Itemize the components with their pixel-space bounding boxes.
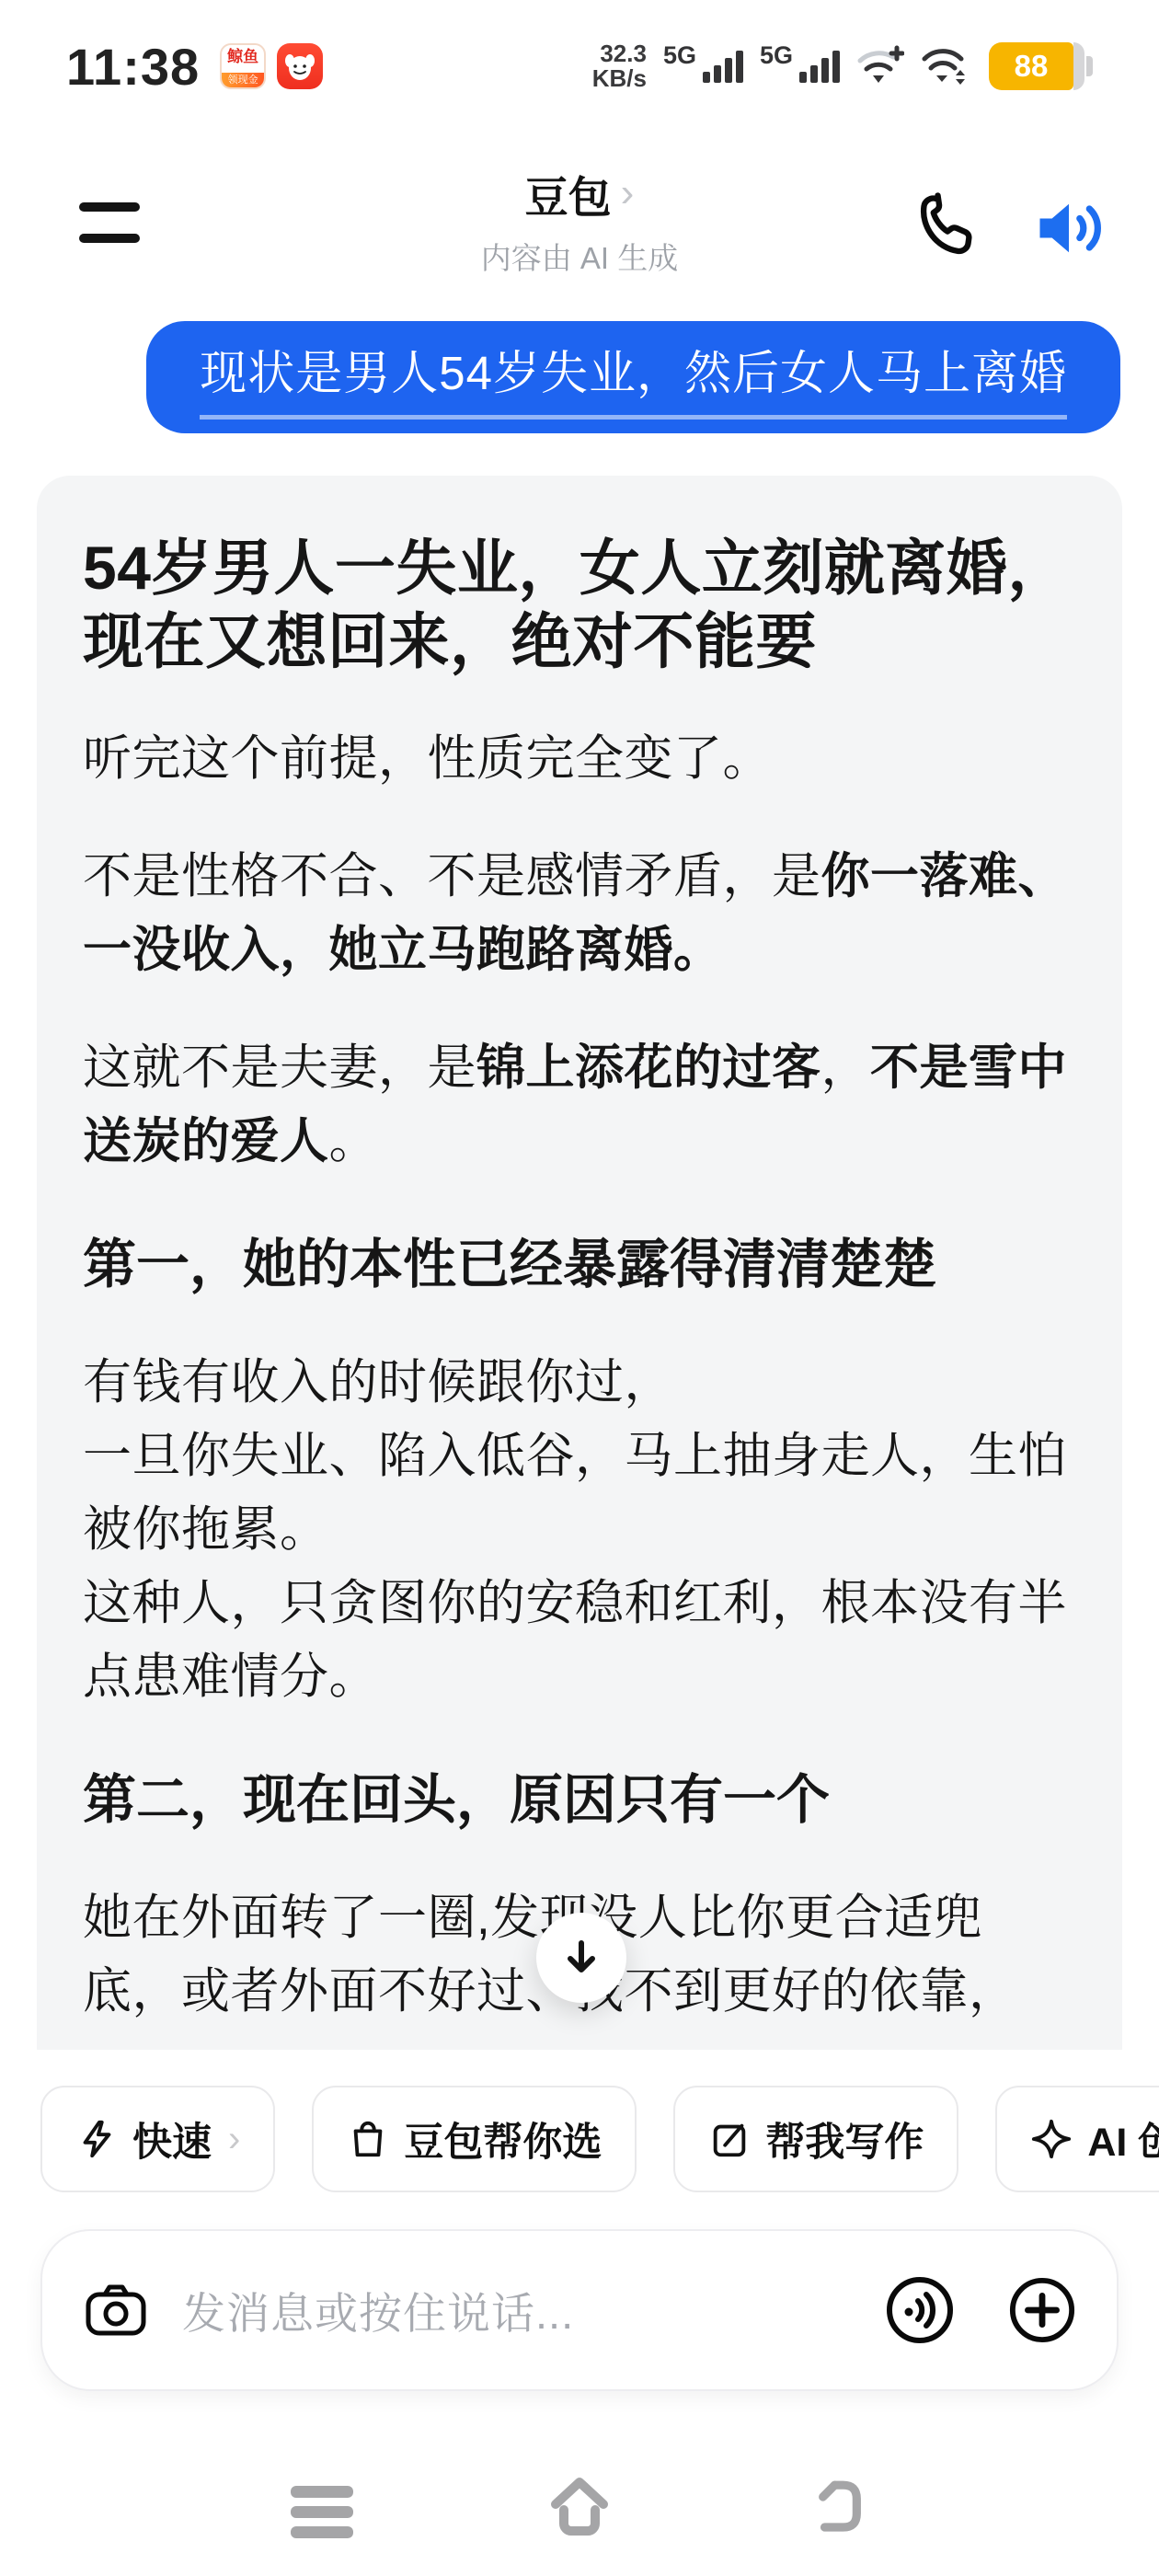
camera-icon[interactable] — [85, 2283, 147, 2337]
battery-cap — [1086, 56, 1093, 76]
reply-heading: 54岁男人一失业，女人立刻就离婚，现在又想回来，绝对不能要 — [83, 531, 1076, 678]
section-heading: 第二，现在回头，原因只有一个 — [83, 1767, 1076, 1834]
phone-icon — [911, 190, 981, 267]
reply-paragraph: 有钱有收入的时候跟你过， 一旦你失业、陷入低谷，马上抽身走人，生怕被你拖累。 这… — [83, 1346, 1076, 1714]
quick-action-ai-create[interactable]: AI 创作 — [995, 2086, 1159, 2192]
quick-action-writing[interactable]: 帮我写作 — [673, 2086, 958, 2192]
wifi-icon — [921, 44, 972, 88]
shopping-bag-icon — [347, 2118, 389, 2160]
home-icon — [545, 2471, 614, 2541]
battery-empty-segment — [1073, 42, 1084, 90]
speaker-icon — [1030, 190, 1107, 267]
back-button[interactable] — [809, 2477, 870, 2542]
message-input-bar[interactable]: 发消息或按住说话... — [40, 2229, 1119, 2391]
scroll-to-bottom-button[interactable] — [536, 1913, 626, 2003]
status-bar: 11:38 鲸鱼 领现金 32.3 KB/s — [0, 31, 1159, 101]
recents-button[interactable] — [291, 2486, 353, 2538]
back-icon — [809, 2477, 870, 2537]
notification-app-icons: 鲸鱼 领现金 — [220, 43, 323, 89]
reply-paragraph: 不是性格不合、不是感情矛盾，是你一落难、一没收入，她立马跑路离婚。 — [83, 840, 1076, 987]
ai-reply-card[interactable]: 54岁男人一失业，女人立刻就离婚，现在又想回来，绝对不能要 听完这个前提，性质完… — [37, 476, 1122, 2050]
network-speed: 32.3 KB/s — [592, 41, 647, 91]
reply-paragraph: 听完这个前提，性质完全变了。 — [83, 722, 1076, 796]
bot-title-block[interactable]: 豆包 › 内容由 AI 生成 — [0, 164, 1159, 278]
system-navigation-bar — [0, 2466, 1159, 2558]
voice-call-button[interactable] — [911, 190, 981, 271]
read-aloud-button[interactable] — [1030, 190, 1107, 271]
signal-bars-icon — [703, 51, 743, 83]
doubao-chat-screen: 11:38 鲸鱼 领现金 32.3 KB/s — [0, 0, 1159, 2576]
lightning-icon — [75, 2118, 118, 2160]
clock: 11:38 — [66, 37, 200, 97]
jd-app-icon — [277, 43, 323, 89]
sparkle-icon — [1030, 2118, 1073, 2160]
user-message-text: 现状是男人54岁失业，然后女人马上离婚 — [200, 335, 1067, 420]
ai-disclaimer: 内容由 AI 生成 — [0, 235, 1159, 278]
plus-icon[interactable] — [1008, 2276, 1076, 2344]
quick-actions-row: 快速 › 豆包帮你选 帮我写作 AI 创作 — [40, 2086, 1159, 2192]
section-heading: 第一，她的本性已经暴露得清清楚楚 — [83, 1232, 1076, 1298]
sim2-signal: 5G — [760, 51, 840, 83]
wifi-plus-icon — [856, 44, 904, 88]
jingyu-app-icon: 鲸鱼 领现金 — [220, 43, 266, 89]
status-indicators: 32.3 KB/s 5G 5G — [592, 41, 1093, 91]
chevron-right-icon: › — [621, 170, 635, 216]
chat-header: 豆包 › 内容由 AI 生成 — [0, 164, 1159, 298]
compose-icon — [708, 2118, 751, 2160]
dog-face-icon — [281, 48, 318, 85]
battery-indicator: 88 — [989, 42, 1093, 90]
quick-action-fast[interactable]: 快速 › — [40, 2086, 275, 2192]
page-title[interactable]: 豆包 — [525, 164, 612, 225]
user-message-bubble[interactable]: 现状是男人54岁失业，然后女人马上离婚 — [146, 321, 1120, 433]
quick-action-shopping[interactable]: 豆包帮你选 — [312, 2086, 637, 2192]
home-button[interactable] — [545, 2471, 614, 2546]
reply-paragraph: 这就不是夫妻，是锦上添花的过客，不是雪中送炭的爱人。 — [83, 1031, 1076, 1179]
sim1-signal: 5G — [663, 51, 743, 83]
message-input[interactable]: 发消息或按住说话... — [182, 2280, 885, 2341]
chevron-right-icon: › — [228, 2119, 240, 2160]
arrow-down-icon — [557, 1934, 605, 1982]
voice-input-icon[interactable] — [885, 2275, 955, 2345]
signal-bars-icon — [799, 51, 840, 83]
